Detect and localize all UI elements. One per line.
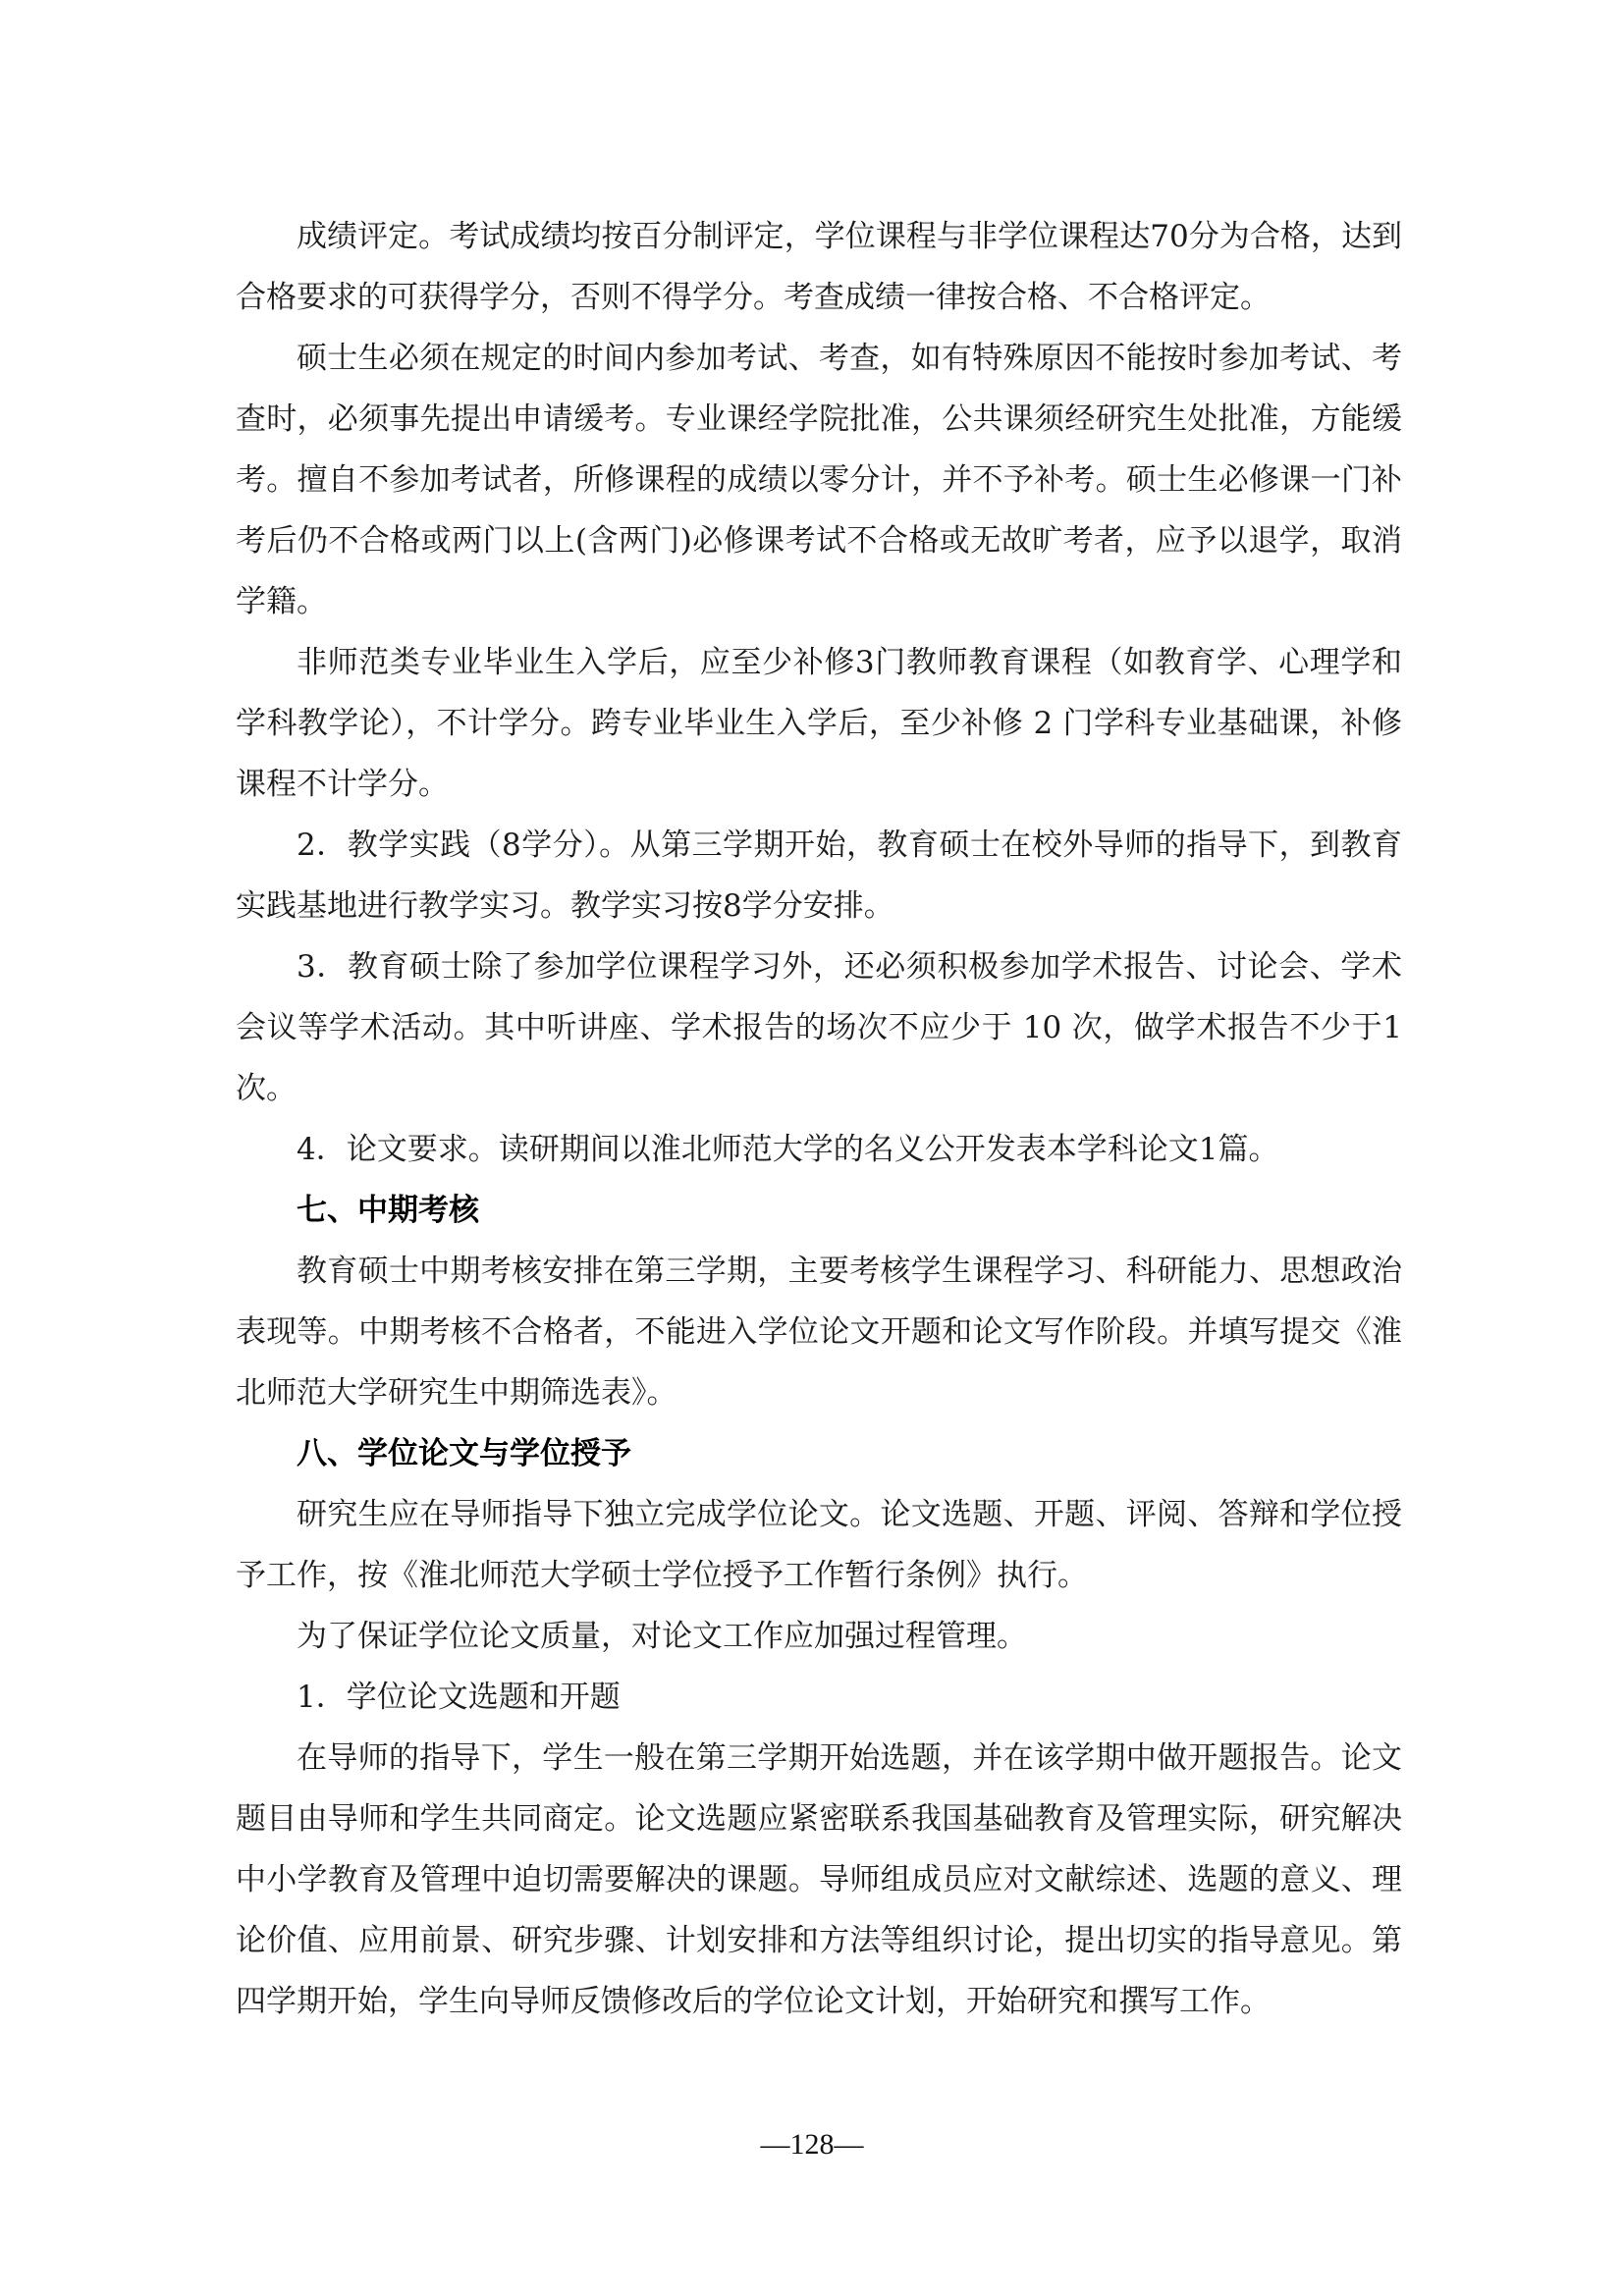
paragraph-midterm-review: 教育硕士中期考核安排在第三学期，主要考核学生课程学习、科研能力、思想政治表现等。… xyxy=(236,1241,1402,1423)
paragraph-paper-requirement: 4．论文要求。读研期间以淮北师范大学的名义公开发表本学科论文1篇。 xyxy=(236,1119,1402,1180)
paragraph-grading: 成绩评定。考试成绩均按百分制评定，学位课程与非学位课程达70分为合格，达到合格要… xyxy=(236,206,1402,328)
paragraph-exam-attendance: 硕士生必须在规定的时间内参加考试、考查，如有特殊原因不能按时参加考试、考查时，必… xyxy=(236,328,1402,632)
page-number: —128— xyxy=(0,2128,1624,2162)
document-page: 成绩评定。考试成绩均按百分制评定，学位课程与非学位课程达70分为合格，达到合格要… xyxy=(236,206,1402,2032)
paragraph-supplementary-courses: 非师范类专业毕业生入学后，应至少补修3门教师教育课程（如教育学、心理学和学科教学… xyxy=(236,632,1402,815)
paragraph-teaching-practice: 2．教学实践（8学分）。从第三学期开始，教育硕士在校外导师的指导下，到教育实践基… xyxy=(236,815,1402,936)
paragraph-process-management: 为了保证学位论文质量，对论文工作应加强过程管理。 xyxy=(236,1606,1402,1667)
paragraph-thesis-independent: 研究生应在导师指导下独立完成学位论文。论文选题、开题、评阅、答辩和学位授予工作，… xyxy=(236,1484,1402,1606)
section-heading-thesis-degree: 八、学位论文与学位授予 xyxy=(236,1423,1402,1484)
paragraph-topic-selection: 在导师的指导下，学生一般在第三学期开始选题，并在该学期中做开题报告。论文题目由导… xyxy=(236,1728,1402,2032)
paragraph-academic-activities: 3．教育硕士除了参加学位课程学习外，还必须积极参加学术报告、讨论会、学术会议等学… xyxy=(236,936,1402,1119)
section-heading-midterm-review: 七、中期考核 xyxy=(236,1180,1402,1241)
subheading-topic-selection: 1．学位论文选题和开题 xyxy=(236,1667,1402,1728)
